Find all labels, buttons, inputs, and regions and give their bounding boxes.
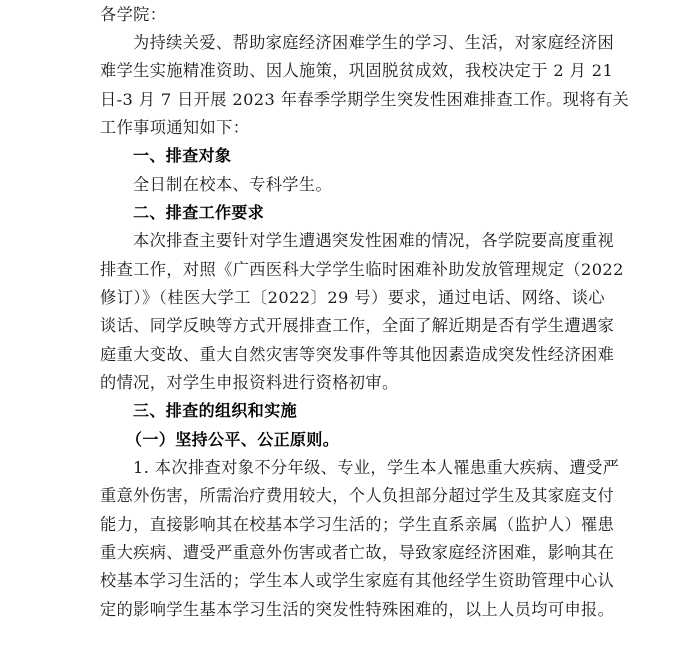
section-text: 全日制在校本、专科学生。: [133, 171, 332, 199]
section-text: 修订）》（桂医大学工〔2022〕29 号）要求，通过电话、网络、谈心: [100, 284, 605, 312]
section-text: 谈话、同学反映等方式开展排查工作，全面了解近期是否有学生遭遇家: [100, 312, 605, 340]
section-text: 定的影响学生基本学习生活的突发性特殊困难的，以上人员均可申报。: [100, 596, 605, 624]
section-text: 重意外伤害，所需治疗费用较大，个人负担部分超过学生及其家庭支付: [100, 482, 605, 510]
section-text: 庭重大变故、重大自然灾害等突发事件等其他因素造成突发性经济困难: [100, 341, 605, 369]
section-text: 能力，直接影响其在校基本学习生活的；学生直系亲属（监护人）罹患: [100, 511, 605, 539]
section-heading: 二、排查工作要求: [133, 199, 264, 227]
section-subheading: （一）坚持公平、公正原则。: [126, 426, 339, 454]
section-heading: 三、排查的组织和实施: [133, 397, 297, 425]
section-text: 排查工作，对照《广西医科大学学生临时困难补助发放管理规定（2022: [100, 256, 605, 284]
section-text: 1. 本次排查对象不分年级、专业，学生本人罹患重大疾病、遭受严: [133, 454, 605, 482]
section-text: 本次排查主要针对学生遭遇突发性困难的情况，各学院要高度重视: [133, 227, 605, 255]
intro-line: 难学生实施精准资助、因人施策，巩固脱贫成效，我校决定于 2 月 21: [100, 57, 605, 85]
intro-line: 工作事项通知如下：: [100, 114, 249, 142]
intro-line: 为持续关爱、帮助家庭经济困难学生的学习、生活，对家庭经济困: [133, 29, 605, 57]
intro-line: 日-3 月 7 日开展 2023 年春季学期学生突发性困难排查工作。现将有关: [100, 86, 605, 114]
salutation: 各学院：: [100, 1, 166, 29]
section-text: 的情况，对学生申报资料进行资格初审。: [100, 369, 399, 397]
section-text: 重大疾病、遭受严重意外伤害或者亡故，导致家庭经济困难，影响其在: [100, 539, 605, 567]
section-heading: 一、排查对象: [133, 142, 231, 170]
section-text: 校基本学习生活的；学生本人或学生家庭有其他经学生资助管理中心认: [100, 567, 605, 595]
